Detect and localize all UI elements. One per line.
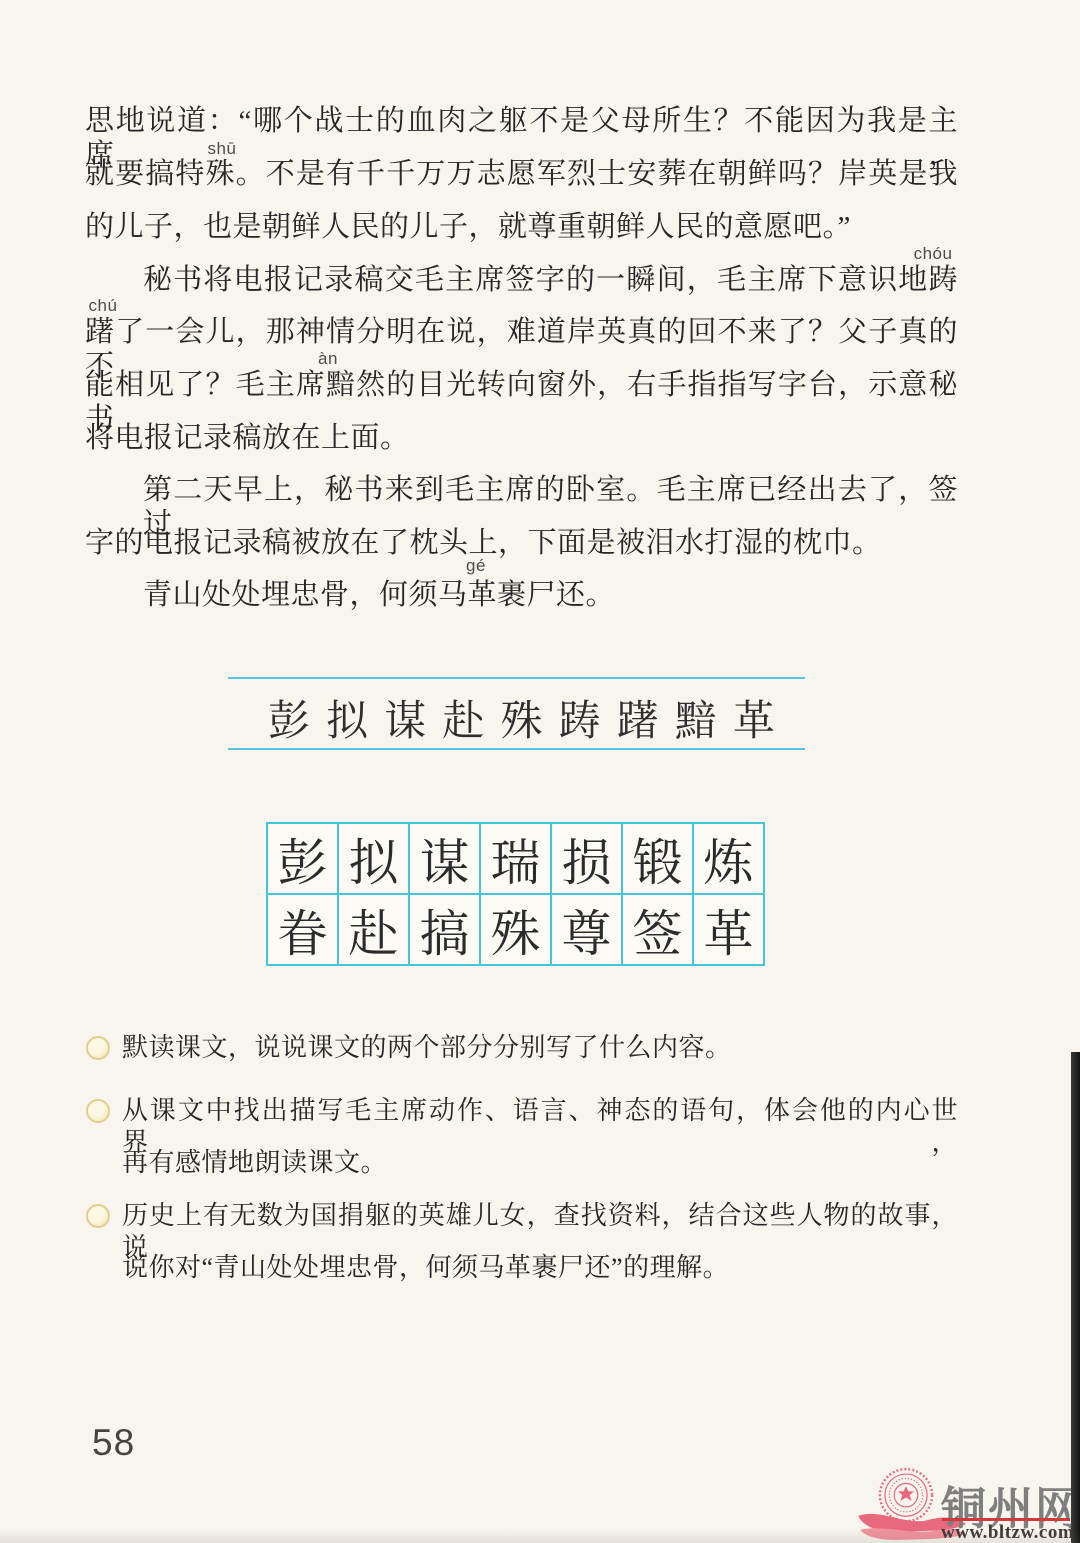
writing-grid-cell: 锻 bbox=[622, 823, 693, 894]
writing-grid-cell: 签 bbox=[622, 894, 693, 965]
writing-grid-cell: 谋 bbox=[409, 823, 480, 894]
new-characters-band: 彭拟谋赴殊踌躇黯革 bbox=[268, 688, 775, 748]
lesson-text-line: 将电报记录稿放在上面。 bbox=[85, 421, 958, 455]
band-bottom-rule bbox=[228, 748, 805, 750]
lesson-text-line: 青山处处埋忠骨，何须马革裹尸还。 bbox=[85, 578, 958, 612]
exercise-question-line: 说你对“青山处处埋忠骨，何须马革裹尸还”的理解。 bbox=[122, 1252, 958, 1284]
recognition-character: 彭 bbox=[268, 688, 310, 748]
band-top-rule bbox=[228, 677, 805, 679]
writing-grid-cell: 拟 bbox=[338, 823, 409, 894]
pinyin-annotation: chú bbox=[89, 296, 118, 316]
recognition-character: 谋 bbox=[384, 688, 426, 748]
pinyin-annotation: chóu bbox=[914, 244, 953, 264]
pinyin-annotation: shū bbox=[208, 139, 237, 159]
writing-grid-cell: 彭 bbox=[267, 823, 338, 894]
recognition-character: 躇 bbox=[617, 688, 659, 748]
lesson-text-line: 秘书将电报记录稿交毛主席签字的一瞬间，毛主席下意识地踌 bbox=[85, 263, 958, 297]
exercise-bullet bbox=[86, 1036, 110, 1060]
writing-grid-cell: 尊 bbox=[551, 894, 622, 965]
recognition-character: 拟 bbox=[326, 688, 368, 748]
scan-edge-strip bbox=[1071, 1052, 1080, 1543]
page-number: 58 bbox=[92, 1422, 135, 1464]
exercise-bullet bbox=[86, 1204, 110, 1228]
writing-grid-cell: 赴 bbox=[338, 894, 409, 965]
writing-practice-grid: 彭拟谋瑞损锻炼眷赴搞殊尊签革 bbox=[266, 822, 765, 966]
exercise-question-line: 再有感情地朗读课文。 bbox=[122, 1147, 958, 1179]
recognition-character: 革 bbox=[733, 688, 775, 748]
writing-grid-cell: 眷 bbox=[267, 894, 338, 965]
writing-grid-cell: 损 bbox=[551, 823, 622, 894]
scan-bottom-shadow bbox=[0, 1529, 1080, 1543]
recognition-character: 殊 bbox=[500, 688, 542, 748]
watermark-divider bbox=[942, 1518, 1070, 1521]
lesson-text-line: 就要搞特殊。不是有千千万万志愿军烈士安葬在朝鲜吗？岸英是我 bbox=[85, 157, 958, 191]
lesson-text-line: 字的电报记录稿被放在了枕头上，下面是被泪水打湿的枕巾。 bbox=[85, 526, 958, 560]
recognition-character: 黯 bbox=[675, 688, 717, 748]
writing-grid-cell: 殊 bbox=[480, 894, 551, 965]
recognition-character: 赴 bbox=[442, 688, 484, 748]
writing-grid-cell: 革 bbox=[693, 894, 764, 965]
lesson-text-line: 的儿子，也是朝鲜人民的儿子，就尊重朝鲜人民的意愿吧。” bbox=[85, 210, 958, 244]
pinyin-annotation: àn bbox=[318, 349, 338, 369]
exercise-question-line: 默读课文，说说课文的两个部分分别写了什么内容。 bbox=[122, 1032, 958, 1064]
pinyin-annotation: gé bbox=[466, 556, 486, 576]
writing-grid-cell: 瑞 bbox=[480, 823, 551, 894]
textbook-page: 思地说道：“哪个战士的血肉之躯不是父母所生？不能因为我是主席，就要搞特殊。不是有… bbox=[0, 0, 1080, 1543]
exercise-bullet bbox=[86, 1099, 110, 1123]
writing-grid-cell: 炼 bbox=[693, 823, 764, 894]
recognition-character: 踌 bbox=[559, 688, 601, 748]
writing-grid-cell: 搞 bbox=[409, 894, 480, 965]
